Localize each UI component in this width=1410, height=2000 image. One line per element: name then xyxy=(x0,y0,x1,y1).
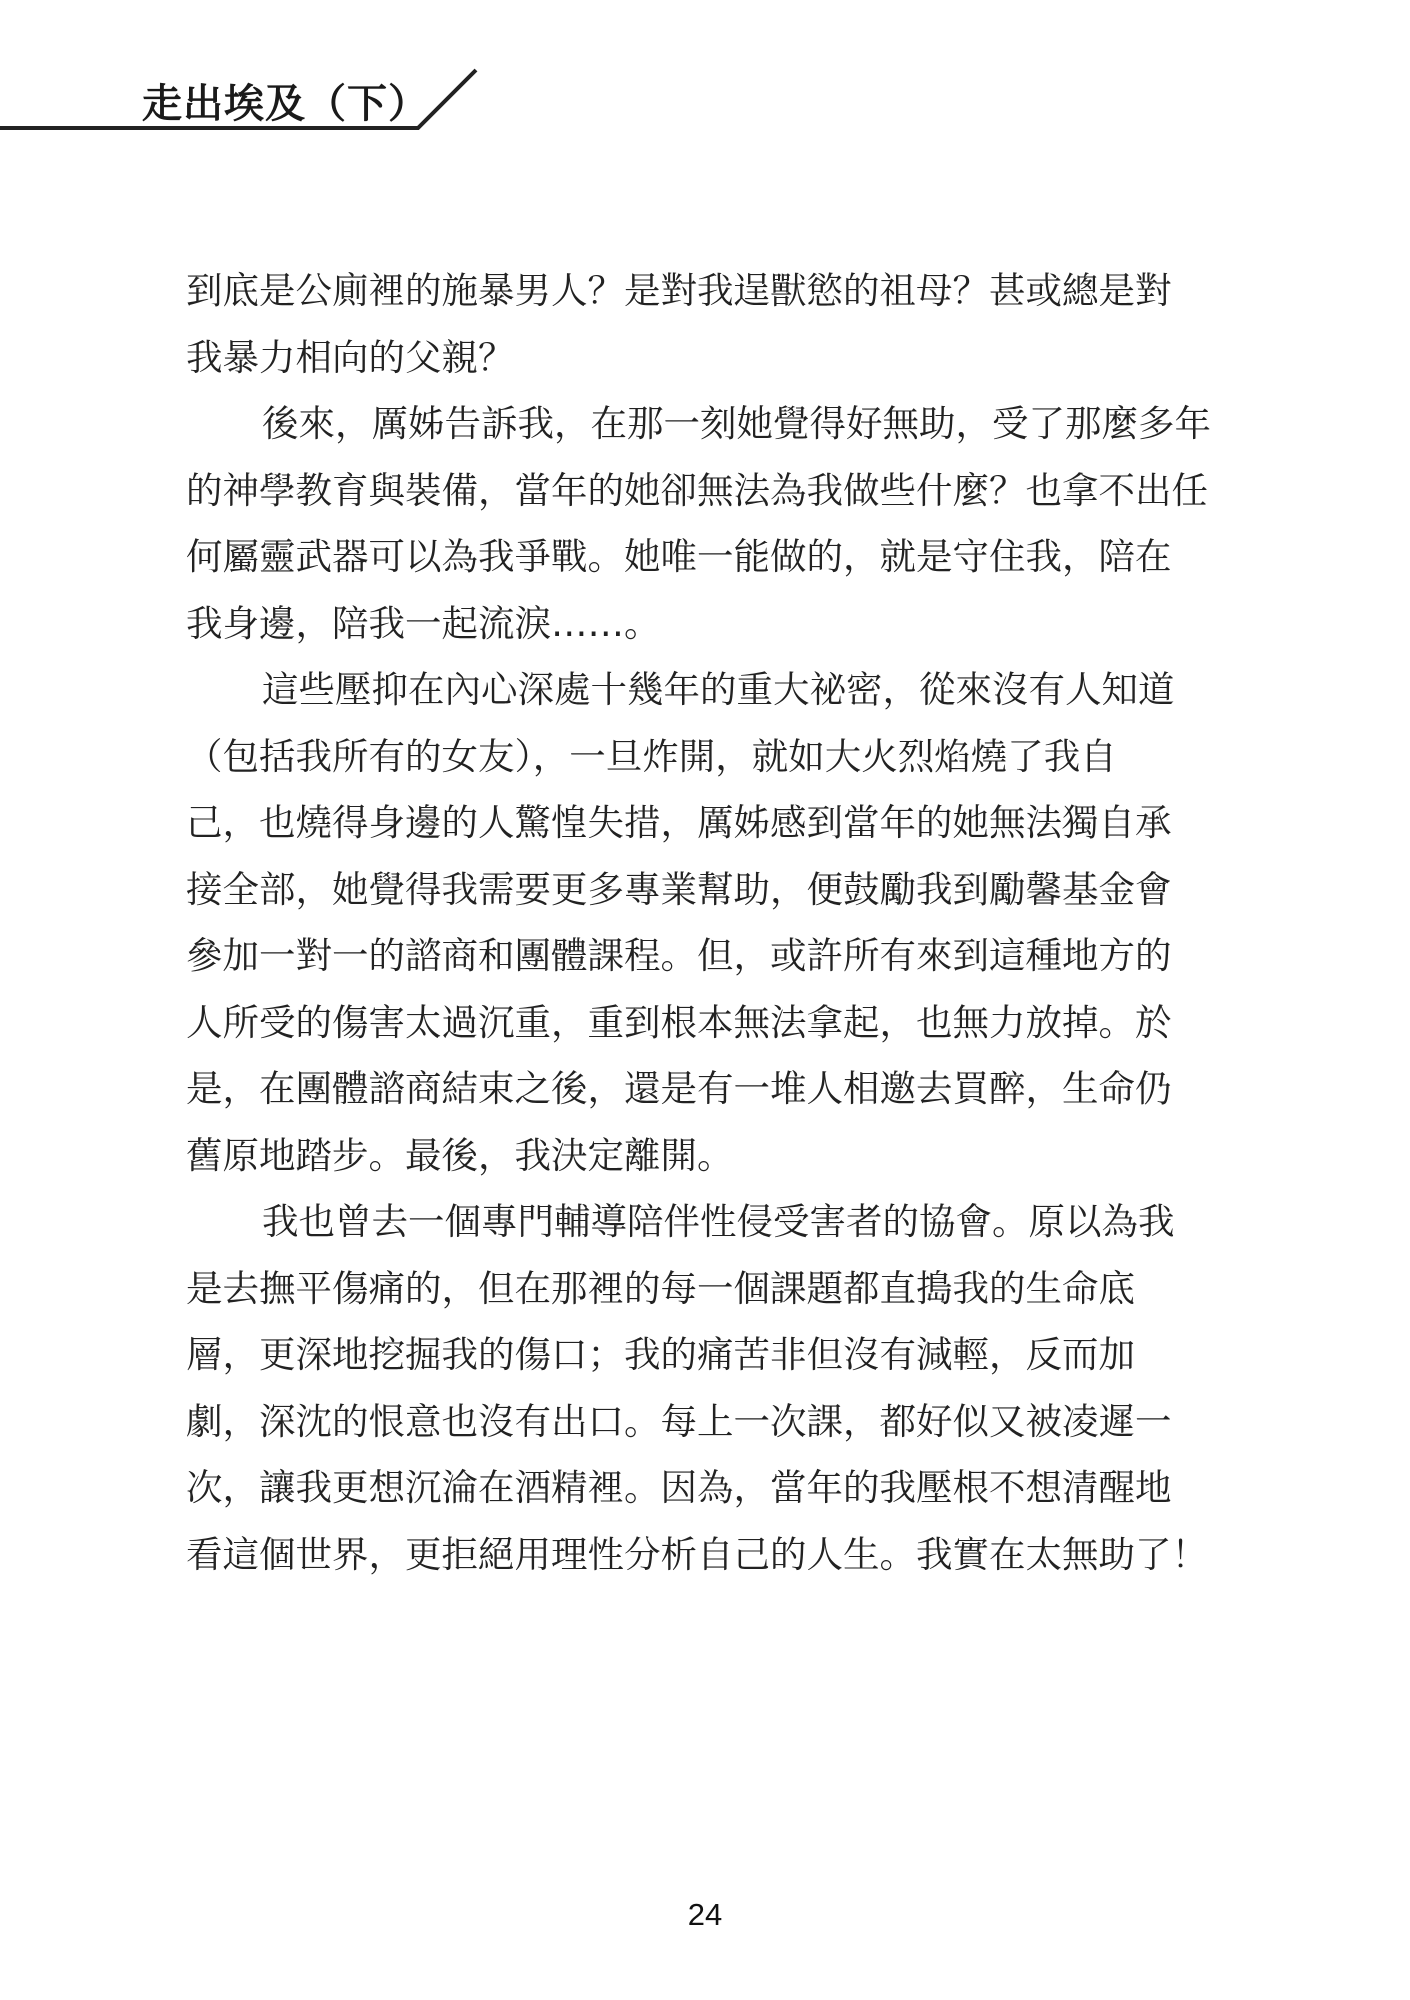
paragraph: 我也曾去一個專門輔導陪伴性侵受害者的協會。原以為我 是去撫平傷痛的，但在那裡的每… xyxy=(186,1189,1216,1588)
book-title: 走出埃及（下） xyxy=(142,72,429,129)
text-line: 接全部，她覺得我需要更多專業幫助，便鼓勵我到勵馨基金會 xyxy=(186,857,1216,924)
text-line: 我身邊，陪我一起流淚……。 xyxy=(186,591,1216,658)
text-line: 是，在團體諮商結束之後，還是有一堆人相邀去買醉，生命仍 xyxy=(186,1056,1216,1123)
text-line: 次，讓我更想沉淪在酒精裡。因為，當年的我壓根不想清醒地 xyxy=(186,1455,1216,1522)
paragraph: 到底是公廁裡的施暴男人？是對我逞獸慾的祖母？甚或總是對 我暴力相向的父親？ xyxy=(186,258,1216,391)
text-line: 後來，厲姊告訴我，在那一刻她覺得好無助，受了那麼多年 xyxy=(186,391,1216,458)
paragraph: 後來，厲姊告訴我，在那一刻她覺得好無助，受了那麼多年 的神學教育與裝備，當年的她… xyxy=(186,391,1216,657)
body-text: 到底是公廁裡的施暴男人？是對我逞獸慾的祖母？甚或總是對 我暴力相向的父親？ 後來… xyxy=(186,258,1216,1588)
text-line: 舊原地踏步。最後，我決定離開。 xyxy=(186,1123,1216,1190)
text-line: 參加一對一的諮商和團體課程。但，或許所有來到這種地方的 xyxy=(186,923,1216,990)
text-line: 的神學教育與裝備，當年的她卻無法為我做些什麼？也拿不出任 xyxy=(186,458,1216,525)
text-line: 到底是公廁裡的施暴男人？是對我逞獸慾的祖母？甚或總是對 xyxy=(186,258,1216,325)
text-line: 己，也燒得身邊的人驚惶失措，厲姊感到當年的她無法獨自承 xyxy=(186,790,1216,857)
text-line: 人所受的傷害太過沉重，重到根本無法拿起，也無力放掉。於 xyxy=(186,990,1216,1057)
text-line: （包括我所有的女友），一旦炸開，就如大火烈焰燒了我自 xyxy=(186,724,1216,791)
text-line: 這些壓抑在內心深處十幾年的重大祕密，從來沒有人知道 xyxy=(186,657,1216,724)
text-line: 何屬靈武器可以為我爭戰。她唯一能做的，就是守住我，陪在 xyxy=(186,524,1216,591)
page-number: 24 xyxy=(0,1897,1410,1933)
text-line: 層，更深地挖掘我的傷口；我的痛苦非但沒有減輕，反而加 xyxy=(186,1322,1216,1389)
text-line: 看這個世界，更拒絕用理性分析自己的人生。我實在太無助了！ xyxy=(186,1522,1216,1589)
running-header: 走出埃及（下） xyxy=(0,0,520,160)
text-line: 我暴力相向的父親？ xyxy=(186,325,1216,392)
text-line: 是去撫平傷痛的，但在那裡的每一個課題都直搗我的生命底 xyxy=(186,1256,1216,1323)
text-line: 我也曾去一個專門輔導陪伴性侵受害者的協會。原以為我 xyxy=(186,1189,1216,1256)
text-line: 劇，深沈的恨意也沒有出口。每上一次課，都好似又被凌遲一 xyxy=(186,1389,1216,1456)
paragraph: 這些壓抑在內心深處十幾年的重大祕密，從來沒有人知道 （包括我所有的女友），一旦炸… xyxy=(186,657,1216,1189)
